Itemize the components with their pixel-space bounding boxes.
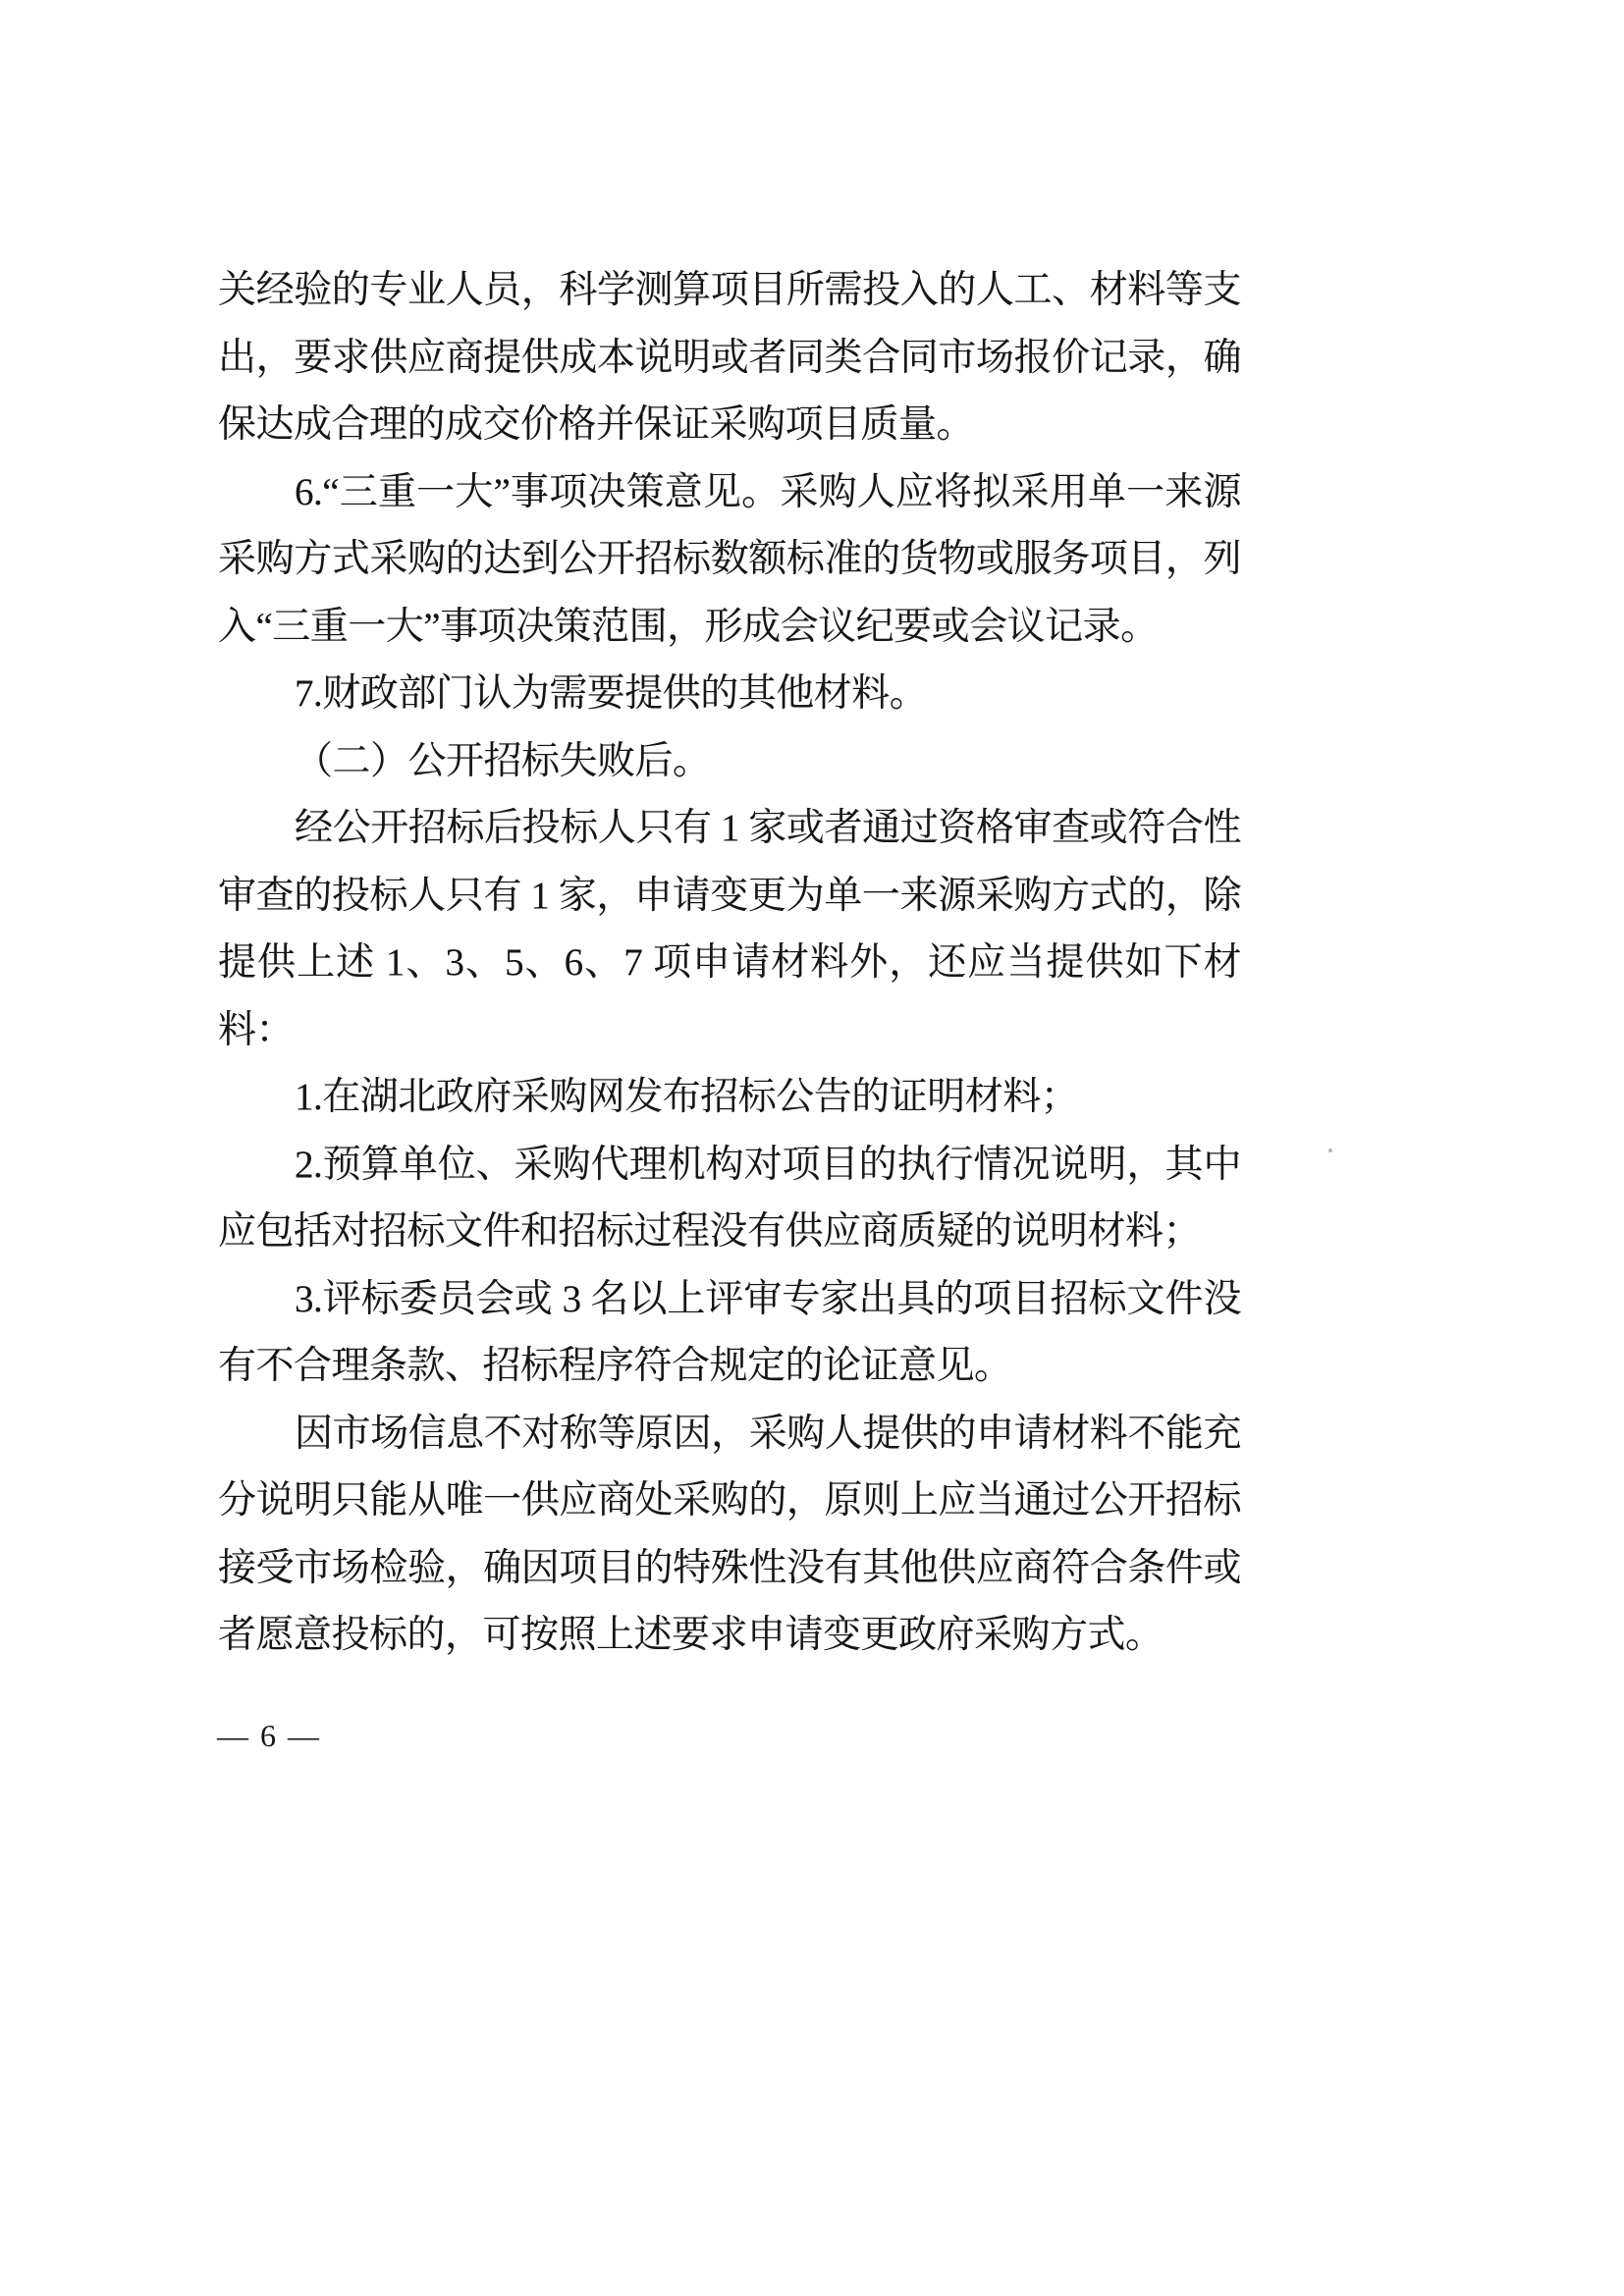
body-paragraph-item-2: 2.预算单位、采购代理机构对项目的执行情况说明，其中应包括对招标文件和招标过程没… (218, 1132, 1241, 1266)
body-paragraph-continuation: 关经验的专业人员，科学测算项目所需投入的人工、材料等支出，要求供应商提供成本说明… (218, 257, 1241, 459)
document-body: 关经验的专业人员，科学测算项目所需投入的人工、材料等支出，要求供应商提供成本说明… (218, 257, 1241, 1670)
body-paragraph-item-1: 1.在湖北政府采购网发布招标公告的证明材料； (218, 1064, 1241, 1132)
scan-speck (1328, 1148, 1332, 1152)
scan-speck (1119, 1420, 1122, 1425)
body-paragraph: 经公开招标后投标人只有 1 家或者通过资格审查或符合性审查的投标人只有 1 家，… (218, 795, 1241, 1064)
body-paragraph-item-6: 6.“三重一大”事项决策意见。采购人应将拟采用单一来源采购方式采购的达到公开招标… (218, 459, 1241, 662)
body-paragraph-item-7: 7.财政部门认为需要提供的其他材料。 (218, 661, 1241, 728)
page-number: — 6 — (217, 1716, 321, 1755)
body-paragraph-item-3: 3.评标委员会或 3 名以上评审专家出具的项目招标文件没有不合理条款、招标程序符… (218, 1266, 1241, 1401)
document-page: 关经验的专业人员，科学测算项目所需投入的人工、材料等支出，要求供应商提供成本说明… (0, 0, 1624, 2296)
section-heading-2: （二）公开招标失败后。 (218, 728, 1241, 796)
body-paragraph-closing: 因市场信息不对称等原因，采购人提供的申请材料不能充分说明只能从唯一供应商处采购的… (218, 1401, 1241, 1670)
